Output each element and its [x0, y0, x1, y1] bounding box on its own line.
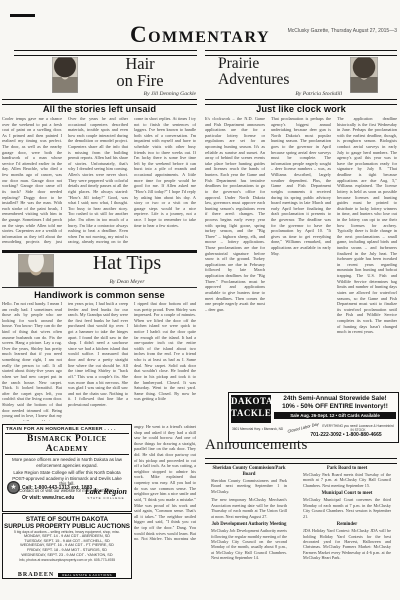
author-photo-jill	[52, 57, 78, 93]
announcement-body: The new temporary McClusky Merchant's As…	[211, 497, 287, 519]
tackle-ad-line2: 10% - 50% OFF ENTIRE Inventory!!	[274, 403, 396, 410]
tackle-ad-stock-line: EVERYTHING you need! Lowrance & Humminbi…	[321, 424, 395, 432]
announcements-heading: Announcements	[205, 437, 397, 454]
author-photo-dean	[18, 254, 54, 287]
announcement-item: Municipal Court to meet McClusky Municip…	[303, 491, 391, 519]
announcement-item: Reminder JDA Holiday Yard Contest: McClu…	[303, 522, 391, 561]
prairie-col1: It's clockwork – the N.D. Game and Fish …	[205, 116, 265, 388]
hat-tips-byline: By Dean Meyer	[60, 279, 194, 285]
surplus-ad-schedule: MONDAY, SEPT. 14 - 9 AM CDT - ABERDEEN, …	[3, 534, 131, 558]
tackle-logo-line2: TACKLE	[231, 407, 271, 419]
prairie-col2: That proclamation is perhaps the agency'…	[271, 116, 331, 388]
hair-on-fire-headline: All the stories left unsaid	[2, 104, 197, 114]
prairie-col3: The application deadline historically is…	[337, 116, 397, 388]
announcement-body: Sheridan County Commissioners and Park B…	[211, 478, 287, 494]
scan-mark	[10, 14, 35, 17]
police-ad-banner: TRAIN FOR AN HONORABLE CAREER . . . .	[3, 425, 131, 432]
newspaper-page: McClusky Gazette, Thursday August 27, 20…	[0, 0, 400, 600]
prairie-title-line1: Prairie	[218, 56, 344, 72]
tackle-logo-line1: DAKOTA	[231, 395, 271, 407]
surplus-ad-title2: SURPLUS PROPERTY PUBLIC AUCTIONS	[3, 523, 131, 530]
section-title: Commentary	[90, 22, 310, 48]
police-academy-ad: TRAIN FOR AN HONORABLE CAREER . . . . Bi…	[2, 424, 132, 512]
author-photo-patricia	[350, 57, 378, 93]
announcement-item: Job Development Authority Meeting McClus…	[211, 522, 287, 561]
hat-tips-col3: I ripped that door bottom off and was pr…	[134, 301, 196, 421]
announcement-body: McClusky Job Development Authority meets…	[211, 528, 287, 561]
announcement-body: McClusky Park Board meets third Tuesday …	[303, 472, 391, 488]
hair-on-fire-col3: come in short replies. At times I try no…	[134, 116, 196, 246]
hat-tips-rule	[2, 287, 197, 288]
lake-region-logo: Lake Region	[85, 487, 127, 496]
prairie-byline: By Patricia Stockdill	[240, 91, 342, 97]
hair-on-fire-byline: By Jill Denning Gackle	[100, 91, 196, 97]
lake-region-logo-sub: STATE COLLEGE	[85, 496, 127, 500]
surplus-ad-title1: STATE OF SOUTH DAKOTA	[3, 514, 131, 523]
announcements-rule	[205, 458, 397, 464]
hat-tips-headline: Handiwork is common sense	[2, 290, 197, 300]
surplus-auction-ad: STATE OF SOUTH DAKOTA SURPLUS PROPERTY P…	[2, 513, 132, 579]
announcement-body: McClusky Municipal Court convenes the th…	[303, 497, 391, 519]
auction-date-row: WEDNESDAY, SEPT. 23 - 9 AM CDT - YANKTON…	[3, 553, 131, 558]
police-ad-title: Bismarck Police Academy	[5, 433, 129, 455]
police-ad-phone: Call: 1-800-443-1313 ext. 1883	[22, 485, 92, 491]
announcement-body: JDA Holiday Yard Contest: McClusky JDA w…	[303, 528, 391, 561]
surplus-ad-info: Info, photos at www.sdsurplusproperty.co…	[3, 558, 131, 562]
hat-tips-col2: ten years prior, I had built a creep fee…	[68, 301, 128, 421]
bradeen-logo-sub: REAL ESTATE & AUCTIONS	[58, 573, 116, 577]
tackle-ad-sale-bar: Sale Aug. 26-Sept. 12 • Gift Cards Avail…	[274, 412, 396, 419]
hat-tips-col1: Hello. I'm not real handy. I mean I am r…	[2, 301, 62, 421]
hair-on-fire-title-line2: on Fire	[84, 73, 196, 90]
tackle-ad-line1: 24th Semi-Annual Storewide Sale!	[274, 395, 396, 402]
police-ad-url: Or visit: www.lrsc.edu	[22, 495, 74, 501]
hat-tips-title: Hat Tips	[60, 253, 194, 273]
announcements-col2: Park Board to meet McClusky Park Board m…	[303, 466, 391, 564]
dakota-tackle-ad: DAKOTA TACKLE 24th Semi-Annual Storewide…	[228, 392, 399, 443]
hair-on-fire-col1: Cooler temps gave me a chance over the w…	[2, 116, 62, 246]
announcement-item: Park Board to meet McClusky Park Board m…	[303, 466, 391, 488]
prairie-headline: Just like clock work	[205, 104, 397, 114]
announcements-col1: Sheridan County Commission/Park Board Sh…	[211, 466, 287, 564]
announcement-item: The new temporary McClusky Merchant's As…	[211, 497, 287, 519]
bradeen-logo: BRADEEN	[18, 572, 54, 578]
announcement-header: Sheridan County Commission/Park Board	[211, 466, 287, 478]
tackle-ad-address: 3601 Memorial Hwy. • Bismarck, ND	[232, 427, 292, 431]
hair-on-fire-col2: Over the years he and other occasional c…	[68, 116, 128, 246]
hat-tips-col3-continued: angry. He went to a friend's cabinet sho…	[134, 424, 196, 540]
announcement-item: Sheridan County Commission/Park Board Sh…	[211, 466, 287, 494]
prairie-title-line2: Adventures	[218, 72, 344, 88]
police-ad-body1: More peace officers are needed in North …	[3, 456, 131, 469]
police-badge-icon: ★	[7, 481, 20, 494]
